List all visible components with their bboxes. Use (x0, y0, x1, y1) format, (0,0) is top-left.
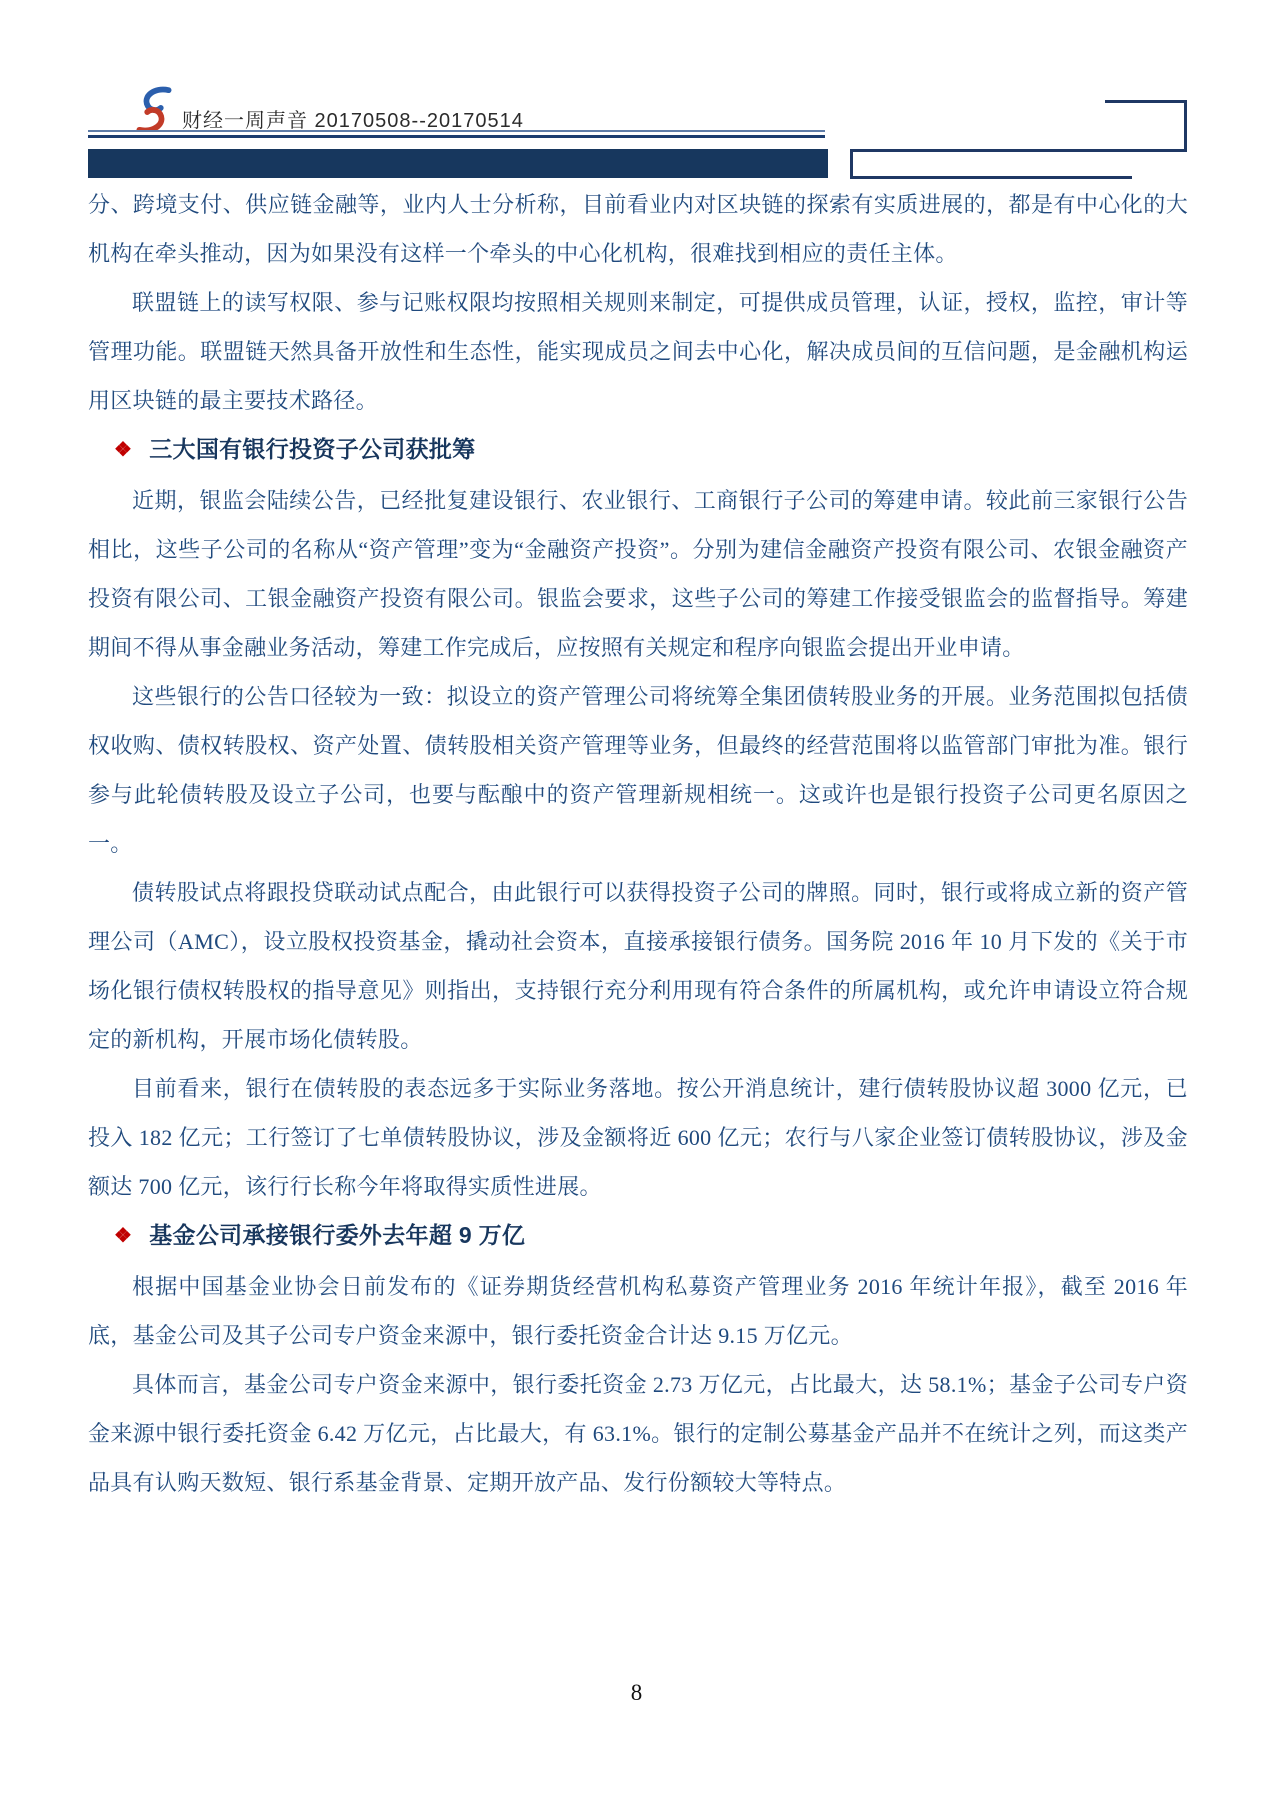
paragraph: 目前看来，银行在债转股的表态远多于实际业务落地。按公开消息统计，建行债转股协议超… (88, 1064, 1188, 1211)
textbox-outline-left (850, 149, 853, 179)
paragraph: 联盟链上的读写权限、参与记账权限均按照相关规则来制定，可提供成员管理，认证，授权… (88, 278, 1188, 425)
section-heading-label: 三大国有银行投资子公司获批筹 (149, 436, 475, 462)
section-heading: ❖基金公司承接银行委外去年超 9 万亿 (88, 1211, 1188, 1262)
paragraph: 具体而言，基金公司专户资金来源中，银行委托资金 2.73 万亿元，占比最大，达 … (88, 1360, 1188, 1507)
diamond-bullet-icon: ❖ (114, 1225, 132, 1247)
paragraph: 根据中国基金业协会日前发布的《证券期货经营机构私募资产管理业务 2016 年统计… (88, 1262, 1188, 1360)
page-number: 8 (0, 1680, 1273, 1706)
textbox-outline-bottom (850, 176, 1132, 179)
paragraph: 债转股试点将跟投贷联动试点配合，由此银行可以获得投资子公司的牌照。同时，银行或将… (88, 868, 1188, 1064)
textbox-outline-top (1105, 100, 1187, 103)
section-heading-label: 基金公司承接银行委外去年超 9 万亿 (149, 1222, 525, 1248)
paragraph: 分、跨境支付、供应链金融等，业内人士分析称，目前看业内对区块链的探索有实质进展的… (88, 180, 1188, 278)
document-page: 财经一周声音 20170508--20170514 分、跨境支付、供应链金融等，… (0, 0, 1273, 1800)
brand-s-logo-icon (136, 86, 172, 134)
textbox-outline-right (1184, 100, 1187, 152)
document-body: 分、跨境支付、供应链金融等，业内人士分析称，目前看业内对区块链的探索有实质进展的… (88, 180, 1188, 1507)
paragraph: 这些银行的公告口径较为一致：拟设立的资产管理公司将统筹全集团债转股业务的开展。业… (88, 672, 1188, 868)
header-double-rule (88, 130, 825, 138)
paragraph: 近期，银监会陆续公告，已经批复建设银行、农业银行、工商银行子公司的筹建申请。较此… (88, 476, 1188, 672)
textbox-outline-middle (850, 149, 1187, 152)
header-navy-bar (88, 149, 828, 178)
diamond-bullet-icon: ❖ (114, 439, 132, 461)
page-title: 财经一周声音 20170508--20170514 (182, 104, 524, 130)
section-heading: ❖三大国有银行投资子公司获批筹 (88, 425, 1188, 476)
